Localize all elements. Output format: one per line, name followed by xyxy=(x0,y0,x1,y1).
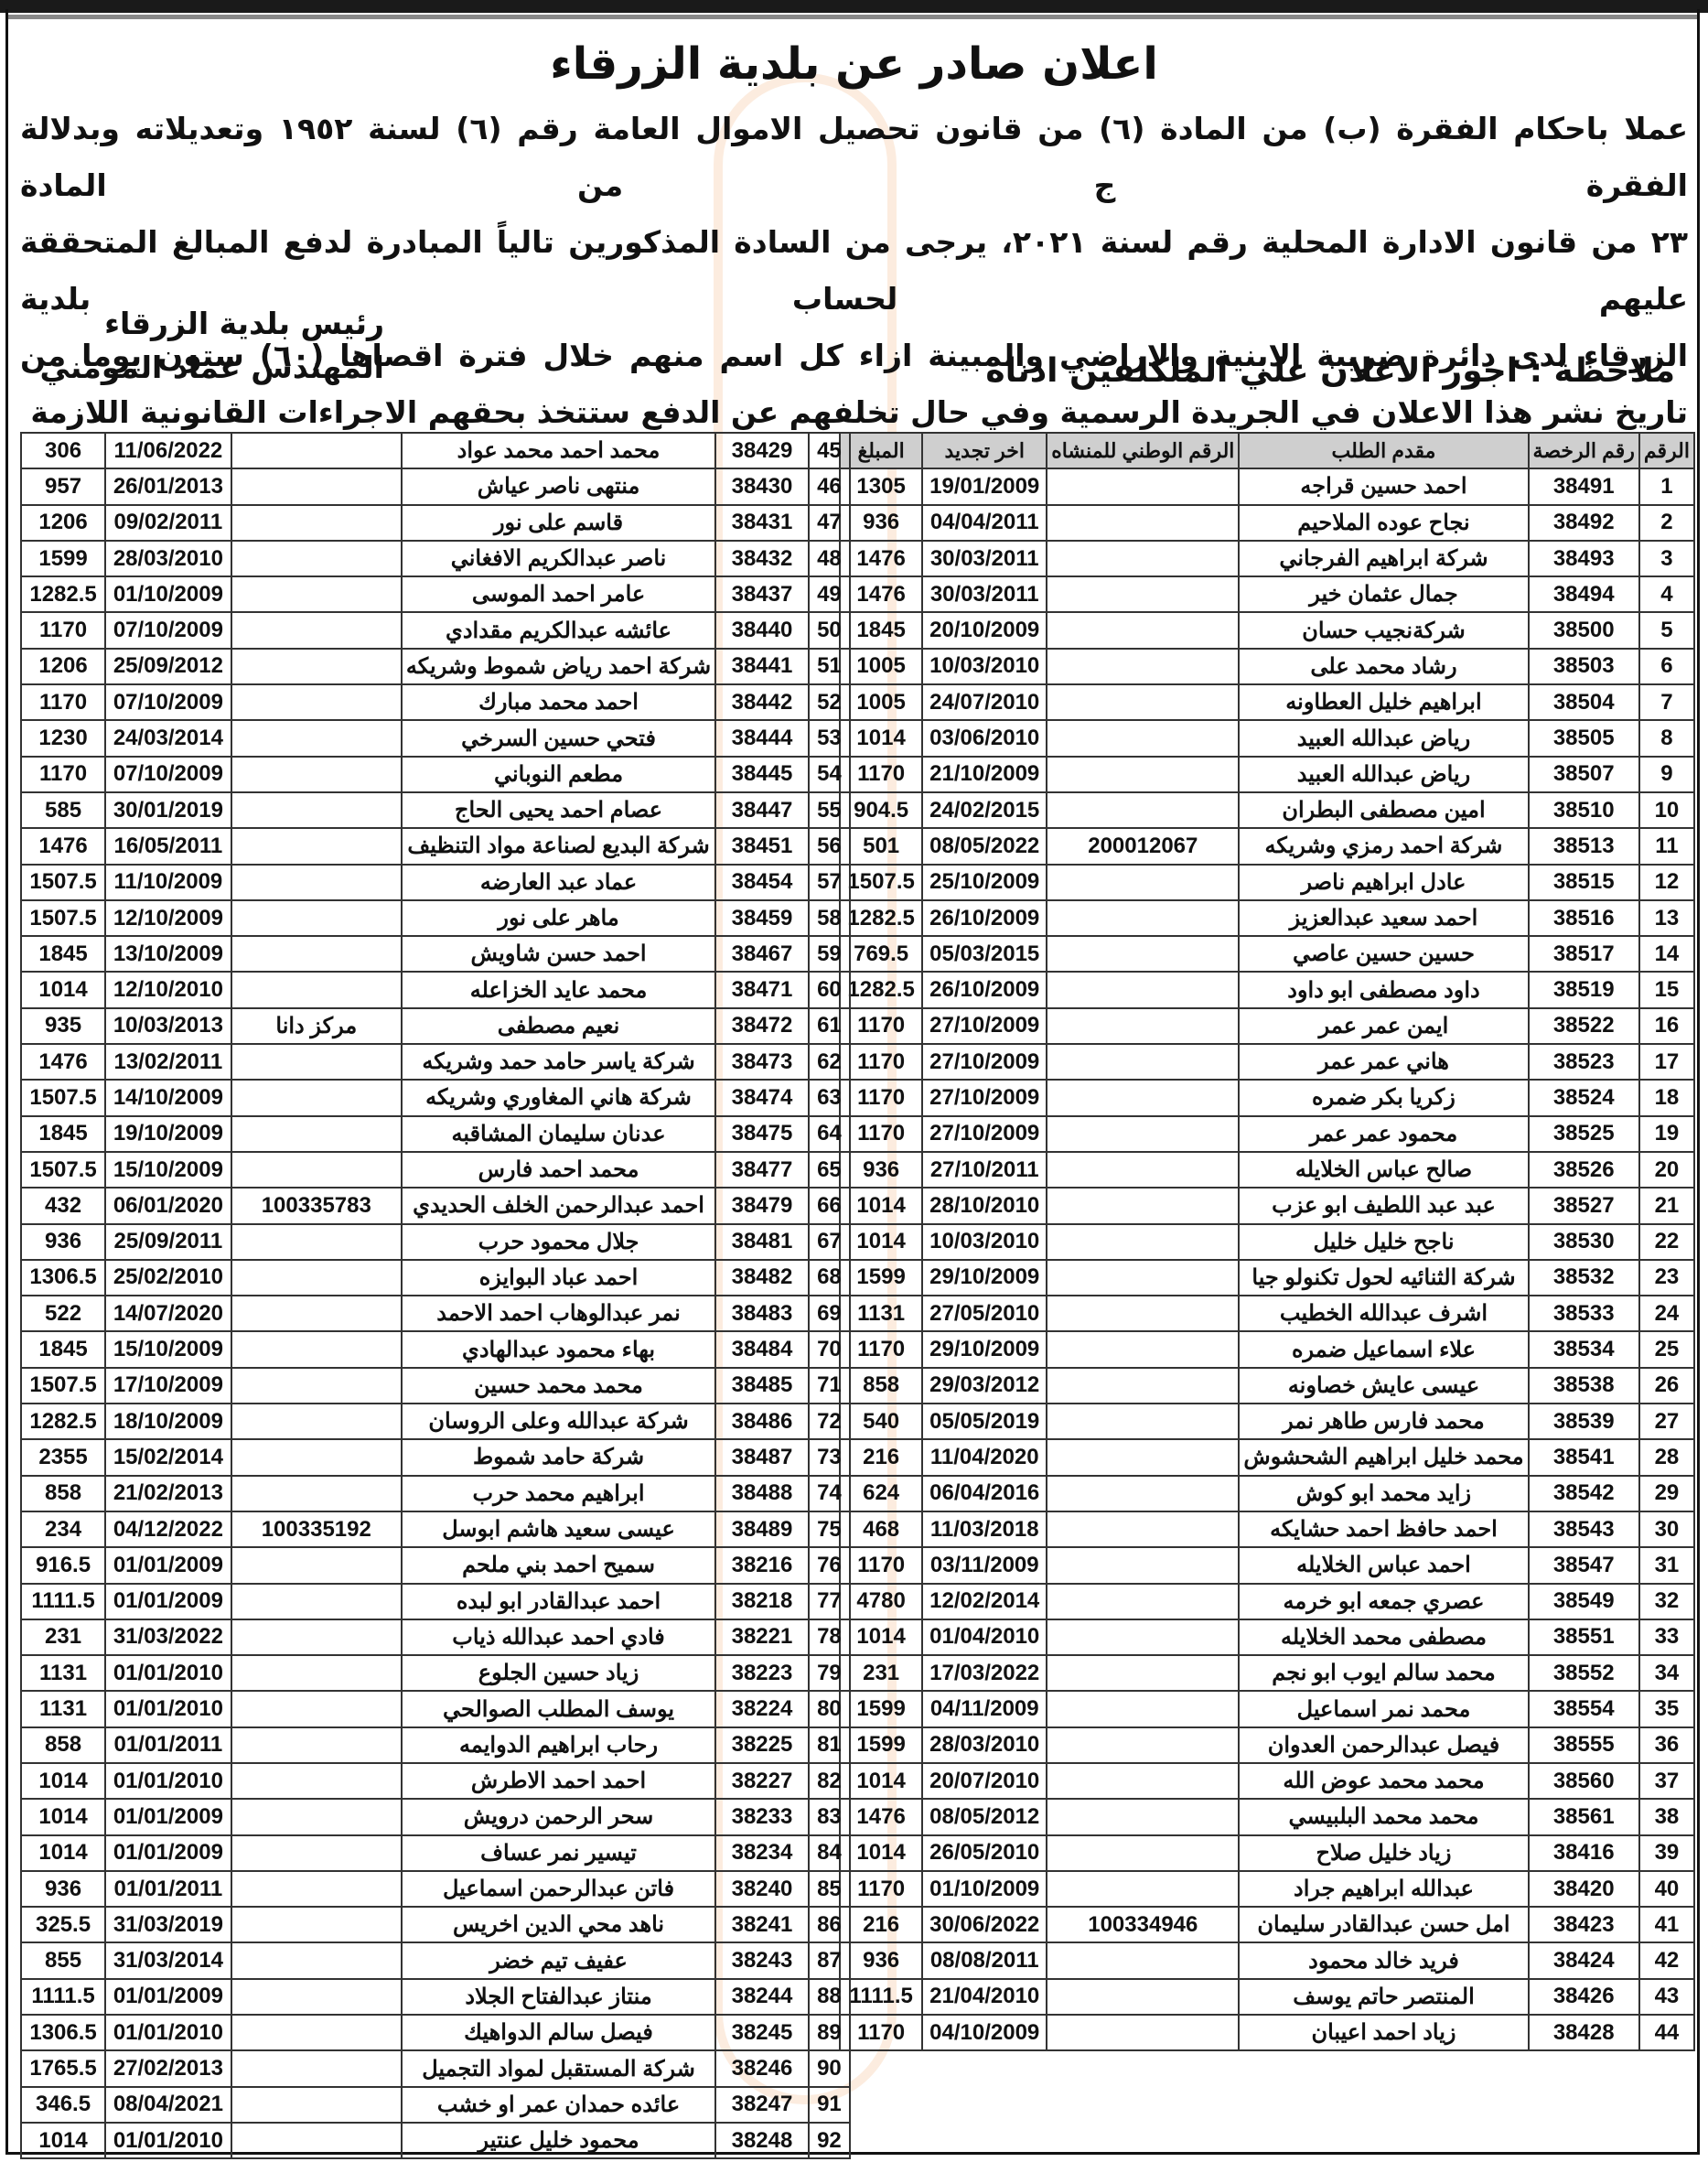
row-no: 31 xyxy=(1639,1547,1694,1583)
row-no: 44 xyxy=(1639,2015,1694,2050)
table-row: 238492نجاح عوده الملاحيم04/04/2011936 xyxy=(840,505,1694,541)
row-no: 66 xyxy=(809,1188,850,1223)
license-no: 38240 xyxy=(715,1871,809,1907)
table-row: 2138527عبد عبد اللطيف ابو عزب28/10/20101… xyxy=(840,1188,1694,1223)
national-id xyxy=(1047,1404,1239,1439)
license-no: 38447 xyxy=(715,792,809,828)
applicant-name: محمد محمد البلبيسي xyxy=(1239,1799,1528,1834)
amount: 1599 xyxy=(21,541,105,576)
applicant-name: شركة المستقبل لمواد التجميل xyxy=(402,2050,715,2086)
last-renewal: 01/10/2009 xyxy=(922,1871,1047,1907)
amount: 935 xyxy=(21,1008,105,1044)
table-row: 3938416زياد خليل صلاح26/05/20101014 xyxy=(840,1835,1694,1871)
national-id xyxy=(1047,792,1239,828)
row-no: 41 xyxy=(1639,1907,1694,1942)
applicant-name: ماهر على نور xyxy=(402,900,715,936)
national-id xyxy=(1047,649,1239,684)
license-no: 38428 xyxy=(1529,2015,1639,2050)
last-renewal: 31/03/2022 xyxy=(105,1619,231,1655)
amount: 858 xyxy=(21,1727,105,1763)
last-renewal: 08/08/2011 xyxy=(922,1942,1047,1978)
national-id xyxy=(1047,757,1239,792)
national-id xyxy=(1047,1008,1239,1044)
table-row: 6038471محمد عايد الخزاعله12/10/20101014 xyxy=(21,972,850,1007)
amount: 540 xyxy=(840,1404,922,1439)
amount: 1845 xyxy=(21,1331,105,1367)
applicant-name: شركة البديع لصناعة مواد التنظيف xyxy=(402,828,715,864)
license-no: 38475 xyxy=(715,1116,809,1152)
table-row: 4438428زياد احمد اعيبان04/10/20091170 xyxy=(840,2015,1694,2050)
table-row: 7238486شركة عبدالله وعلى الروسان18/10/20… xyxy=(21,1404,850,1439)
amount: 1170 xyxy=(840,1331,922,1367)
row-no: 90 xyxy=(809,2050,850,2086)
row-no: 27 xyxy=(1639,1404,1694,1439)
national-id xyxy=(231,612,402,648)
last-renewal: 01/01/2010 xyxy=(105,2123,231,2158)
taxpayers-table-right: الرقم رقم الرخصة مقدم الطلب الرقم الوطني… xyxy=(839,432,1695,2051)
last-renewal: 17/10/2009 xyxy=(105,1368,231,1404)
license-no: 38482 xyxy=(715,1260,809,1296)
applicant-name: احمد عبدالرحمن الخلف الحديدي xyxy=(402,1188,715,1223)
row-no: 71 xyxy=(809,1368,850,1404)
table-row: 838505رياض عبدالله العبيد03/06/20101014 xyxy=(840,720,1694,756)
last-renewal: 31/03/2019 xyxy=(105,1907,231,1942)
applicant-name: داود مصطفى ابو داود xyxy=(1239,972,1528,1007)
last-renewal: 27/10/2009 xyxy=(922,1044,1047,1080)
license-no: 38516 xyxy=(1529,900,1639,936)
last-renewal: 29/10/2009 xyxy=(922,1331,1047,1367)
last-renewal: 04/04/2011 xyxy=(922,505,1047,541)
applicant-name: زكريا بكر ضمره xyxy=(1239,1080,1528,1115)
license-no: 38523 xyxy=(1529,1044,1639,1080)
national-id xyxy=(231,1404,402,1439)
applicant-name: رحاب ابراهيم الدوايمه xyxy=(402,1727,715,1763)
last-renewal: 10/03/2010 xyxy=(922,1224,1047,1260)
last-renewal: 01/01/2010 xyxy=(105,2015,231,2050)
license-no: 38247 xyxy=(715,2087,809,2123)
last-renewal: 19/01/2009 xyxy=(922,468,1047,504)
table-row: 7438488ابراهيم محمد حرب21/02/2013858 xyxy=(21,1476,850,1511)
license-no: 38483 xyxy=(715,1296,809,1331)
national-id xyxy=(1047,1368,1239,1404)
amount: 231 xyxy=(21,1619,105,1655)
row-no: 56 xyxy=(809,828,850,864)
table-row: 6238473شركة ياسر حامد حمد وشريكه13/02/20… xyxy=(21,1044,850,1080)
applicant-name: شركة الثنائيه لحول تكنولو جيا xyxy=(1239,1260,1528,1296)
table-row: 6638479احمد عبدالرحمن الخلف الحديدي10033… xyxy=(21,1188,850,1223)
applicant-name: احمد حافظ احمد حشايكه xyxy=(1239,1511,1528,1547)
license-no: 38533 xyxy=(1529,1296,1639,1331)
table-row: 8138225رحاب ابراهيم الدوايمه01/01/201185… xyxy=(21,1727,850,1763)
table-row: 4538429محمد احمد محمد عواد11/06/2022306 xyxy=(21,433,850,468)
applicant-name: زايد محمد ابو كوش xyxy=(1239,1476,1528,1511)
applicant-name: رشاد محمد على xyxy=(1239,649,1528,684)
applicant-name: شركة احمد رمزي وشريكه xyxy=(1239,828,1528,864)
applicant-name: امل حسن عبدالقادر سليمان xyxy=(1239,1907,1528,1942)
license-no: 38542 xyxy=(1529,1476,1639,1511)
last-renewal: 25/09/2012 xyxy=(105,649,231,684)
license-no: 38454 xyxy=(715,865,809,900)
amount: 2355 xyxy=(21,1439,105,1475)
row-no: 50 xyxy=(809,612,850,648)
applicant-name: احمد عباد البوايزه xyxy=(402,1260,715,1296)
applicant-name: محمد محمد حسين xyxy=(402,1368,715,1404)
amount: 1476 xyxy=(840,1799,922,1834)
applicant-name: ابراهيم خليل العطاونه xyxy=(1239,684,1528,720)
amount: 855 xyxy=(21,1942,105,1978)
last-renewal: 27/10/2009 xyxy=(922,1008,1047,1044)
table-row: 5938467احمد حسن شاويش13/10/20091845 xyxy=(21,936,850,972)
table-row: 738504ابراهيم خليل العطاونه24/07/2010100… xyxy=(840,684,1694,720)
applicant-name: محمد فارس طاهر نمر xyxy=(1239,1404,1528,1439)
amount: 325.5 xyxy=(21,1907,105,1942)
amount: 1507.5 xyxy=(21,1152,105,1188)
table-row: 7538489عيسى سعيد هاشم ابوسل10033519204/1… xyxy=(21,1511,850,1547)
row-no: 30 xyxy=(1639,1511,1694,1547)
table-row: 7738218احمد عبدالقادر ابو لبده01/01/2009… xyxy=(21,1584,850,1619)
last-renewal: 25/09/2011 xyxy=(105,1224,231,1260)
table-row: 938507رياض عبدالله العبيد21/10/20091170 xyxy=(840,757,1694,792)
row-no: 22 xyxy=(1639,1224,1694,1260)
applicant-name: عدنان سليمان المشاقبه xyxy=(402,1116,715,1152)
national-id xyxy=(1047,1584,1239,1619)
table-row: 8538240فاتن عبدالرحمن اسماعيل01/01/20119… xyxy=(21,1871,850,1907)
national-id xyxy=(1047,1260,1239,1296)
license-no: 38233 xyxy=(715,1799,809,1834)
row-no: 29 xyxy=(1639,1476,1694,1511)
col-header-no: الرقم xyxy=(1639,433,1694,468)
last-renewal: 06/01/2020 xyxy=(105,1188,231,1223)
applicant-name: محمد خليل ابراهيم الشحشوش xyxy=(1239,1439,1528,1475)
row-no: 28 xyxy=(1639,1439,1694,1475)
last-renewal: 30/06/2022 xyxy=(922,1907,1047,1942)
last-renewal: 27/05/2010 xyxy=(922,1296,1047,1331)
license-no: 38218 xyxy=(715,1584,809,1619)
last-renewal: 11/06/2022 xyxy=(105,433,231,468)
fees-note: ملاحظة : اجور الاعلان علي الملكلفين ادنا… xyxy=(985,352,1675,390)
amount: 936 xyxy=(840,505,922,541)
applicant-name: عصري جمعه ابو خرمه xyxy=(1239,1584,1528,1619)
license-no: 38504 xyxy=(1529,684,1639,720)
applicant-name: شركة عبدالله وعلى الروسان xyxy=(402,1404,715,1439)
table-row: 1238515عادل ابراهيم ناصر25/10/20091507.5 xyxy=(840,865,1694,900)
table-row: 6538477محمد احمد فارس15/10/20091507.5 xyxy=(21,1152,850,1188)
amount: 1599 xyxy=(840,1691,922,1726)
table-row: 7838221فادي احمد عبدالله ذياب31/03/20222… xyxy=(21,1619,850,1655)
applicant-name: يوسف المطلب الصوالحي xyxy=(402,1691,715,1726)
last-renewal: 15/02/2014 xyxy=(105,1439,231,1475)
national-id xyxy=(1047,1296,1239,1331)
row-no: 64 xyxy=(809,1116,850,1152)
table-row: 3438552محمد سالم ايوب ابو نجم17/03/20222… xyxy=(840,1655,1694,1691)
amount: 1170 xyxy=(21,684,105,720)
license-no: 38429 xyxy=(715,433,809,468)
table-row: 438494جمال عثمان خير30/03/20111476 xyxy=(840,576,1694,612)
last-renewal: 14/07/2020 xyxy=(105,1296,231,1331)
applicant-name: احمد حسين قراجه xyxy=(1239,468,1528,504)
license-no: 38530 xyxy=(1529,1224,1639,1260)
row-no: 84 xyxy=(809,1835,850,1871)
last-renewal: 15/10/2009 xyxy=(105,1152,231,1188)
license-no: 38451 xyxy=(715,828,809,864)
national-id xyxy=(1047,576,1239,612)
national-id xyxy=(231,1979,402,2015)
last-renewal: 04/11/2009 xyxy=(922,1691,1047,1726)
national-id xyxy=(231,900,402,936)
national-id xyxy=(1047,1044,1239,1080)
national-id xyxy=(231,1224,402,1260)
table-row: 2638538عيسى عايش خصاونه29/03/2012858 xyxy=(840,1368,1694,1404)
license-no: 38538 xyxy=(1529,1368,1639,1404)
applicant-name: صالح عباس الخلايله xyxy=(1239,1152,1528,1188)
table-row: 7638216سميح احمد بني ملحم01/01/2009916.5 xyxy=(21,1547,850,1583)
national-id xyxy=(1047,468,1239,504)
signature-block: رئيس بلدية الزرقاء المهندس عماد المومني xyxy=(37,302,384,390)
last-renewal: 20/07/2010 xyxy=(922,1763,1047,1799)
amount: 1014 xyxy=(840,1619,922,1655)
amount: 1170 xyxy=(21,757,105,792)
table-row: 1438517حسين حسين عاصي05/03/2015769.5 xyxy=(840,936,1694,972)
table-row: 3038543احمد حافظ احمد حشايكه11/03/201846… xyxy=(840,1511,1694,1547)
row-no: 65 xyxy=(809,1152,850,1188)
national-id xyxy=(231,1368,402,1404)
amount: 1206 xyxy=(21,649,105,684)
applicant-name: عبد عبد اللطيف ابو عزب xyxy=(1239,1188,1528,1223)
table-row: 9238248محمود خليل عنتير01/01/20101014 xyxy=(21,2123,850,2158)
amount: 1507.5 xyxy=(21,1368,105,1404)
national-id xyxy=(1047,684,1239,720)
row-no: 58 xyxy=(809,900,850,936)
applicant-name: حسين حسين عاصي xyxy=(1239,936,1528,972)
applicant-name: ناصر عبدالكريم الافغاني xyxy=(402,541,715,576)
amount: 957 xyxy=(21,468,105,504)
row-no: 72 xyxy=(809,1404,850,1439)
license-no: 38424 xyxy=(1529,1942,1639,1978)
license-no: 38248 xyxy=(715,2123,809,2158)
national-id xyxy=(1047,541,1239,576)
table-row: 538500شركةنجيب حسان20/10/20091845 xyxy=(840,612,1694,648)
applicant-name: نعيم مصطفى xyxy=(402,1008,715,1044)
national-id: 100335192 xyxy=(231,1511,402,1547)
amount: 1599 xyxy=(840,1260,922,1296)
applicant-name: فتحي حسين السرخي xyxy=(402,720,715,756)
row-no: 51 xyxy=(809,649,850,684)
amount: 432 xyxy=(21,1188,105,1223)
national-id xyxy=(231,1584,402,1619)
last-renewal: 03/11/2009 xyxy=(922,1547,1047,1583)
license-no: 38543 xyxy=(1529,1511,1639,1547)
amount: 1170 xyxy=(840,2015,922,2050)
amount: 916.5 xyxy=(21,1547,105,1583)
amount: 346.5 xyxy=(21,2087,105,2123)
table-row: 7038484بهاء محمود عبدالهادي15/10/2009184… xyxy=(21,1331,850,1367)
license-no: 38532 xyxy=(1529,1260,1639,1296)
table-row: 2338532شركة الثنائيه لحول تكنولو جيا29/1… xyxy=(840,1260,1694,1296)
row-no: 36 xyxy=(1639,1727,1694,1763)
row-no: 48 xyxy=(809,541,850,576)
last-renewal: 30/03/2011 xyxy=(922,541,1047,576)
license-no: 38515 xyxy=(1529,865,1639,900)
applicant-name: فيصل عبدالرحمن العدوان xyxy=(1239,1727,1528,1763)
applicant-name: محمود خليل عنتير xyxy=(402,2123,715,2158)
national-id xyxy=(231,433,402,468)
applicant-name: عيسى عايش خصاونه xyxy=(1239,1368,1528,1404)
amount: 1111.5 xyxy=(21,1979,105,2015)
applicant-name: امين مصطفى البطران xyxy=(1239,792,1528,828)
license-no: 38474 xyxy=(715,1080,809,1115)
table-row: 3738560محمد محمد عوض الله20/07/20101014 xyxy=(840,1763,1694,1799)
applicant-name: محمد سالم ايوب ابو نجم xyxy=(1239,1655,1528,1691)
row-no: 7 xyxy=(1639,684,1694,720)
national-id xyxy=(1047,936,1239,972)
license-no: 38420 xyxy=(1529,1871,1639,1907)
applicant-name: عماد عبد العارضه xyxy=(402,865,715,900)
last-renewal: 01/01/2009 xyxy=(105,1547,231,1583)
applicant-name: فيصل سالم الدواهيك xyxy=(402,2015,715,2050)
last-renewal: 05/03/2015 xyxy=(922,936,1047,972)
amount: 468 xyxy=(840,1511,922,1547)
last-renewal: 01/01/2010 xyxy=(105,1763,231,1799)
license-no: 38477 xyxy=(715,1152,809,1188)
last-renewal: 11/04/2020 xyxy=(922,1439,1047,1475)
table-row: 4838432ناصر عبدالكريم الافغاني28/03/2010… xyxy=(21,541,850,576)
license-no: 38227 xyxy=(715,1763,809,1799)
applicant-name: عائشه عبدالكريم مقدادي xyxy=(402,612,715,648)
applicant-name: اشرف عبدالله الخطيب xyxy=(1239,1296,1528,1331)
last-renewal: 13/02/2011 xyxy=(105,1044,231,1080)
license-no: 38493 xyxy=(1529,541,1639,576)
national-id xyxy=(231,792,402,828)
applicant-name: فاتن عبدالرحمن اسماعيل xyxy=(402,1871,715,1907)
license-no: 38549 xyxy=(1529,1584,1639,1619)
amount: 936 xyxy=(21,1224,105,1260)
row-no: 20 xyxy=(1639,1152,1694,1188)
license-no: 38243 xyxy=(715,1942,809,1978)
paragraph-line: عملا باحكام الفقرة (ب) من المادة (٦) من … xyxy=(20,101,1688,214)
national-id xyxy=(231,1044,402,1080)
amount: 1845 xyxy=(21,1116,105,1152)
last-renewal: 01/01/2009 xyxy=(105,1835,231,1871)
amount: 1476 xyxy=(840,541,922,576)
table-row: 1938525محمود عمر عمر27/10/20091170 xyxy=(840,1116,1694,1152)
national-id xyxy=(231,1547,402,1583)
row-no: 70 xyxy=(809,1331,850,1367)
table-row: 2938542زايد محمد ابو كوش06/04/2016624 xyxy=(840,1476,1694,1511)
last-renewal: 29/10/2009 xyxy=(922,1260,1047,1296)
applicant-name: محمد احمد فارس xyxy=(402,1152,715,1188)
license-no: 38431 xyxy=(715,505,809,541)
row-no: 37 xyxy=(1639,1763,1694,1799)
national-id xyxy=(1047,1979,1239,2015)
license-no: 38216 xyxy=(715,1547,809,1583)
last-renewal: 04/10/2009 xyxy=(922,2015,1047,2050)
license-no: 38561 xyxy=(1529,1799,1639,1834)
license-no: 38539 xyxy=(1529,1404,1639,1439)
applicant-name: منتاز عبدالفتاح الجلاد xyxy=(402,1979,715,2015)
amount: 1170 xyxy=(840,1871,922,1907)
table-row: 2238530ناجح خليل خليل10/03/20101014 xyxy=(840,1224,1694,1260)
amount: 216 xyxy=(840,1439,922,1475)
amount: 936 xyxy=(840,1152,922,1188)
national-id xyxy=(231,2123,402,2158)
applicant-name: ناهد محي الدين اخريس xyxy=(402,1907,715,1942)
table-row: 1038510امين مصطفى البطران24/02/2015904.5 xyxy=(840,792,1694,828)
row-no: 86 xyxy=(809,1907,850,1942)
applicant-name: جمال عثمان خير xyxy=(1239,576,1528,612)
applicant-name: شركة هاني المغاوري وشريكه xyxy=(402,1080,715,1115)
row-no: 17 xyxy=(1639,1044,1694,1080)
table-row: 3138547احمد عباس الخلايله03/11/20091170 xyxy=(840,1547,1694,1583)
row-no: 39 xyxy=(1639,1835,1694,1871)
national-id xyxy=(231,972,402,1007)
row-no: 32 xyxy=(1639,1584,1694,1619)
last-renewal: 16/05/2011 xyxy=(105,828,231,864)
row-no: 26 xyxy=(1639,1368,1694,1404)
national-id xyxy=(231,1835,402,1871)
national-id xyxy=(231,649,402,684)
applicant-name: فادي احمد عبدالله ذياب xyxy=(402,1619,715,1655)
national-id xyxy=(231,1871,402,1907)
table-row: 3238549عصري جمعه ابو خرمه12/02/20144780 xyxy=(840,1584,1694,1619)
row-no: 53 xyxy=(809,720,850,756)
amount: 1111.5 xyxy=(840,1979,922,2015)
national-id xyxy=(231,1476,402,1511)
row-no: 42 xyxy=(1639,1942,1694,1978)
table-header-row: الرقم رقم الرخصة مقدم الطلب الرقم الوطني… xyxy=(840,433,1694,468)
col-header-amount: المبلغ xyxy=(840,433,922,468)
national-id xyxy=(231,1116,402,1152)
last-renewal: 07/10/2009 xyxy=(105,612,231,648)
amount: 234 xyxy=(21,1511,105,1547)
table-row: 2838541محمد خليل ابراهيم الشحشوش11/04/20… xyxy=(840,1439,1694,1475)
last-renewal: 27/02/2013 xyxy=(105,2050,231,2086)
amount: 1845 xyxy=(840,612,922,648)
last-renewal: 09/02/2011 xyxy=(105,505,231,541)
license-no: 38527 xyxy=(1529,1188,1639,1223)
national-id xyxy=(1047,1835,1239,1871)
table-row: 3838561محمد محمد البلبيسي08/05/20121476 xyxy=(840,1799,1694,1834)
table-row: 1738523هاني عمر عمر27/10/20091170 xyxy=(840,1044,1694,1080)
row-no: 73 xyxy=(809,1439,850,1475)
last-renewal: 27/10/2009 xyxy=(922,1116,1047,1152)
table-row: 4938437عامر احمد الموسى01/10/20091282.5 xyxy=(21,576,850,612)
last-renewal: 07/10/2009 xyxy=(105,684,231,720)
national-id xyxy=(1047,1511,1239,1547)
last-renewal: 12/10/2010 xyxy=(105,972,231,1007)
license-no: 38551 xyxy=(1529,1619,1639,1655)
last-renewal: 08/05/2022 xyxy=(922,828,1047,864)
table-row: 5738454عماد عبد العارضه11/10/20091507.5 xyxy=(21,865,850,900)
applicant-name: ابراهيم محمد حرب xyxy=(402,1476,715,1511)
last-renewal: 01/01/2011 xyxy=(105,1727,231,1763)
row-no: 16 xyxy=(1639,1008,1694,1044)
applicant-name: احمد عباس الخلايله xyxy=(1239,1547,1528,1583)
amount: 936 xyxy=(21,1871,105,1907)
license-no: 38426 xyxy=(1529,1979,1639,2015)
last-renewal: 26/10/2009 xyxy=(922,972,1047,1007)
applicant-name: محمد محمد عوض الله xyxy=(1239,1763,1528,1799)
row-no: 10 xyxy=(1639,792,1694,828)
last-renewal: 07/10/2009 xyxy=(105,757,231,792)
row-no: 25 xyxy=(1639,1331,1694,1367)
row-no: 19 xyxy=(1639,1116,1694,1152)
license-no: 38432 xyxy=(715,541,809,576)
national-id xyxy=(1047,1439,1239,1475)
last-renewal: 30/01/2019 xyxy=(105,792,231,828)
applicant-name: نجاح عوده الملاحيم xyxy=(1239,505,1528,541)
row-no: 75 xyxy=(809,1511,850,1547)
license-no: 38524 xyxy=(1529,1080,1639,1115)
